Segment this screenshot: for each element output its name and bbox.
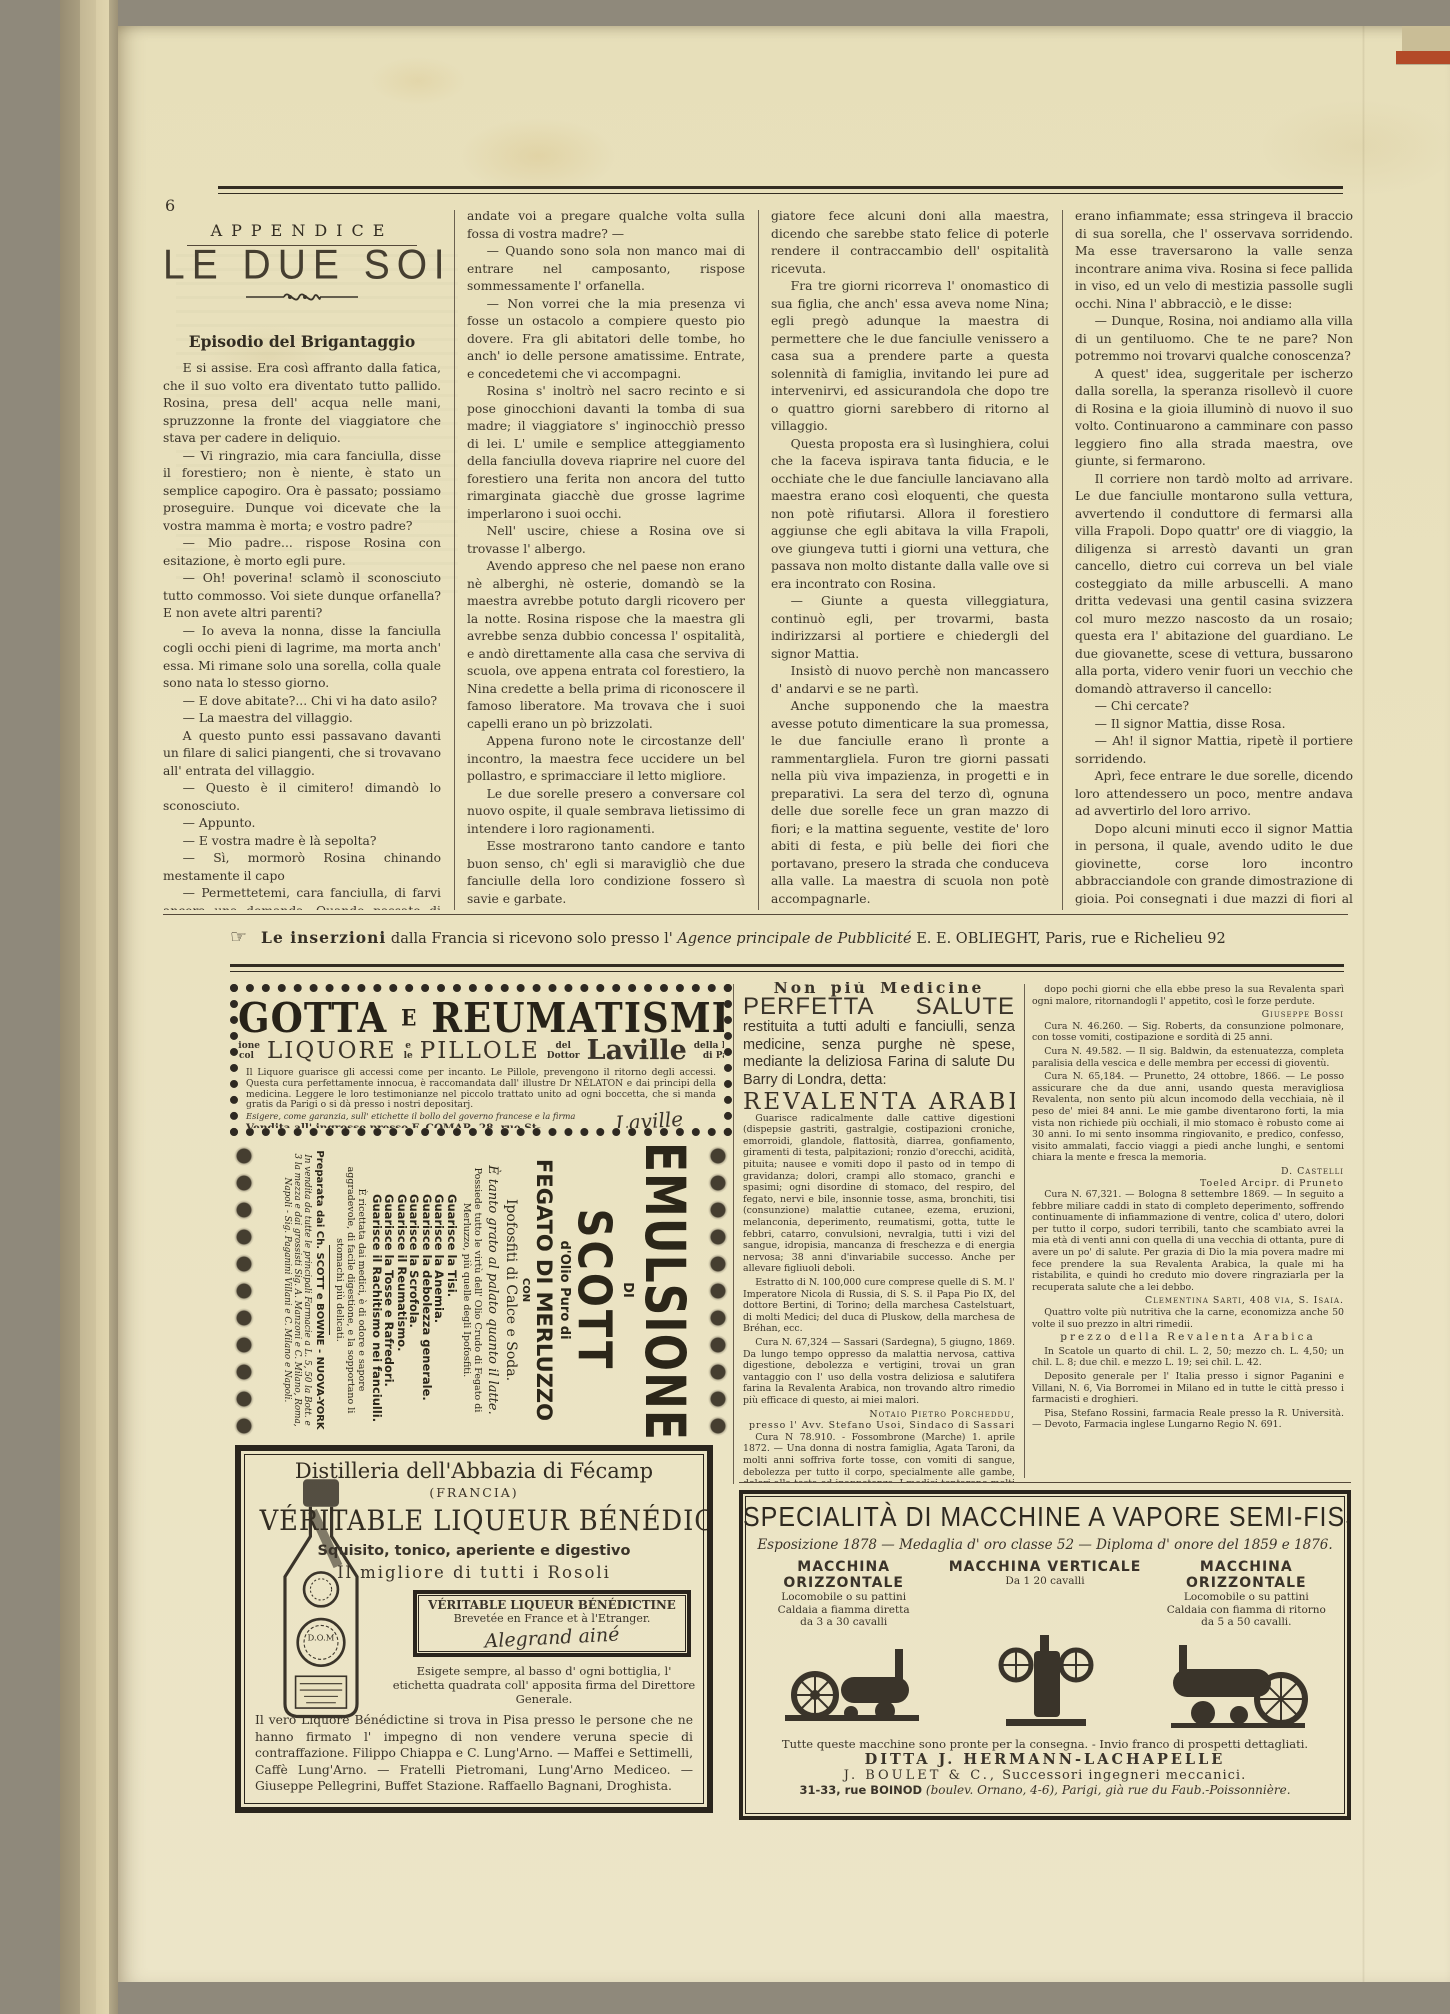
gotta-faculty: della Facoltàdi Parigi. bbox=[694, 1041, 732, 1061]
revalenta-column-divider bbox=[1024, 984, 1025, 1478]
machines-illustrations bbox=[743, 1631, 1347, 1735]
revalenta-sig-sarti: Clementina Sarti, 408 via, S. Isaia. bbox=[1032, 1295, 1344, 1307]
horizontal-engine-icon bbox=[772, 1635, 932, 1735]
story-text-col2: andate voi a pregare qualche volta sulla… bbox=[467, 208, 745, 910]
revalenta-lead: PERFETTA SALUTE restituita a tutti adult… bbox=[743, 998, 1015, 1090]
gotta-body-text: Il Liquore guarisce gli accessi come per… bbox=[238, 1066, 724, 1111]
top-double-rule bbox=[218, 186, 1343, 194]
svg-text:D.O.M: D.O.M bbox=[308, 1632, 335, 1642]
story-paragraph: — Appunto. bbox=[163, 815, 441, 833]
vertical-engine-icon bbox=[990, 1631, 1100, 1735]
page-curl-shadow bbox=[109, 0, 118, 2014]
revalenta-right-text1: dopo pochi giorni che ella ebbe preso la… bbox=[1032, 984, 1344, 1007]
gotta-footer-left: Esigere, come garanzia, sull' etichette … bbox=[246, 1112, 576, 1136]
machines-footer-consegna: Tutte queste macchine sono pronte per la… bbox=[743, 1737, 1347, 1751]
gotta-cert: Guarigionecerta col bbox=[230, 1041, 260, 1061]
ad-laville-gotta-reumatismi: GOTTA E REUMATISMI Guarigionecerta col L… bbox=[230, 984, 732, 1136]
gotta-ele: ele bbox=[404, 1041, 413, 1061]
column-divider bbox=[758, 210, 759, 910]
machines-columns: MACCHINA ORIZZONTALE Locomobile o su pat… bbox=[743, 1559, 1347, 1629]
insertion-notice: ☞Le inserzioni dalla Francia si ricevono… bbox=[230, 926, 1342, 948]
machine-desc-line: Locomobile o su pattini bbox=[743, 1591, 944, 1604]
machine-desc-line: Da 1 20 cavalli bbox=[944, 1575, 1145, 1588]
story-column-3: giatore fece alcuni doni alla maestra, d… bbox=[771, 208, 1049, 910]
red-edge-mark bbox=[1396, 51, 1450, 64]
notice-agency: Agence principale de Pubblicité bbox=[677, 931, 911, 947]
story-paragraph: Il corriere non tardò molto ad arrivare.… bbox=[1075, 471, 1353, 699]
story-paragraph: Avendo appreso che nel paese non erano n… bbox=[467, 558, 745, 733]
ornament-flourish bbox=[242, 287, 362, 307]
ad-paragraph: Pisa, Stefano Rossini, farmacia Reale pr… bbox=[1032, 1408, 1344, 1431]
story-paragraph: — Il signor Mattia, disse Rosa. bbox=[1075, 716, 1353, 734]
machines-subtitle: Esposizione 1878 — Medaglia d' oro class… bbox=[743, 1537, 1347, 1553]
revalenta-left-text2: Cura N 78.910. - Fossombrone (Marche) 1.… bbox=[743, 1432, 1015, 1482]
scott-fegato: FEGATO DI MERLUZZO bbox=[532, 1142, 556, 1438]
machines-address: 31-33, rue BOINOD (boulev. Ornano, 4-6),… bbox=[743, 1783, 1347, 1797]
revalenta-sig-bossi: Giuseppe Bossi bbox=[1032, 1009, 1344, 1021]
machine-column-horizontal-2: MACCHINA ORIZZONTALE Locomobile o su pat… bbox=[1146, 1559, 1347, 1629]
story-paragraph: Aprì, fece entrare le due sorelle, dicen… bbox=[1075, 768, 1353, 821]
story-paragraph: Esse mostrarono tanto candore e tanto bu… bbox=[467, 838, 745, 908]
section-heading: APPENDICE bbox=[163, 208, 441, 240]
story-text-col3: giatore fece alcuni doni alla maestra, d… bbox=[771, 208, 1049, 910]
scanned-newspaper-page: { "masthead": { "page_number": "6", "sec… bbox=[0, 0, 1450, 2014]
machines-boulet: J. BOULET & C., Successori ingegneri mec… bbox=[743, 1768, 1347, 1783]
machine-desc-line: da 3 a 30 cavalli bbox=[743, 1616, 944, 1629]
story-paragraph: erano infiammate; essa stringeva il brac… bbox=[1075, 208, 1353, 313]
page-stack-edge-inner bbox=[96, 0, 109, 2014]
story-paragraph: — Io aveva la nonna, disse la fanciulla … bbox=[163, 623, 441, 693]
ad-paragraph: dopo pochi giorni che ella ebbe preso la… bbox=[1032, 984, 1344, 1007]
scott-ipofosfiti: Ipofosfiti di Calce e Soda. bbox=[503, 1142, 519, 1438]
story-paragraph: Questa proposta era sì lusinghiera, colu… bbox=[771, 436, 1049, 594]
story-column-2: andate voi a pregare qualche volta sulla… bbox=[467, 208, 745, 910]
scott-name: SCOTT bbox=[567, 1142, 620, 1438]
guarisce-line: Guarisce la Tisi. bbox=[446, 1194, 459, 1438]
scott-rule bbox=[330, 1245, 331, 1335]
revalenta-sig-castelli2: Toeled Arcipr. di Pruneto bbox=[1032, 1178, 1344, 1190]
scott-ricettata: È ricettata dai medici, è di odore e sap… bbox=[335, 1156, 368, 1424]
locomobile-engine-icon bbox=[1158, 1635, 1318, 1735]
story-paragraph: Le due sorelle presero a conversare col … bbox=[467, 786, 745, 839]
newspaper-page: 6 APPENDICE LE DUE SORELLE Episodio del … bbox=[118, 26, 1450, 1982]
gotta-title: GOTTA E REUMATISMI bbox=[238, 993, 724, 1042]
story-paragraph: Nell' uscire, chiese a Rosina ove si tro… bbox=[467, 523, 745, 558]
benedictine-esigete: Esigete sempre, al basso d' ogni bottigl… bbox=[391, 1664, 697, 1706]
story-paragraph: — Mio padre... rispose Rosina con esitaz… bbox=[163, 535, 441, 570]
feuilleton-header: APPENDICE LE DUE SORELLE Episodio del Br… bbox=[163, 208, 441, 350]
machine-desc-line: Caldaia a fiamma diretta bbox=[743, 1604, 944, 1617]
gotta-esigere: Esigere, come garanzia, sull' etichette … bbox=[246, 1112, 576, 1122]
story-paragraph: andate voi a pregare qualche volta sulla… bbox=[467, 208, 745, 243]
story-paragraph: giatore fece alcuni doni alla maestra, d… bbox=[771, 208, 1049, 278]
ad-revalenta-right-column: dopo pochi giorni che ella ebbe preso la… bbox=[1032, 984, 1344, 1480]
notice-tail: E. E. OBLIEGHT, Paris, rue e Richelieu 9… bbox=[912, 931, 1226, 947]
story-paragraph: — Vi ringrazio, mia cara fanciulla, diss… bbox=[163, 448, 441, 536]
ad-paragraph: Cura N 78.910. - Fossombrone (Marche) 1.… bbox=[743, 1432, 1015, 1482]
ad-paragraph: Guarisce radicalmente dalle cattive dige… bbox=[743, 1113, 1015, 1275]
column-divider bbox=[454, 210, 455, 910]
story-paragraph: Anche supponendo che la maestra avesse p… bbox=[771, 698, 1049, 908]
story-bottom-rule bbox=[163, 914, 1348, 915]
benedictine-title: VÉRITABLE LIQUEUR BÉNÉDICTINE bbox=[260, 1504, 689, 1537]
ad-benedictine: D.O.M Distilleria dell'Abbazia di Fécamp… bbox=[235, 1445, 713, 1813]
story-paragraph: — Giunte a questa villeggiatura, continu… bbox=[771, 593, 1049, 663]
banner-double-rule bbox=[230, 964, 1344, 972]
ad-revalenta-left-column: Non più Medicine PERFETTA SALUTE restitu… bbox=[743, 982, 1015, 1482]
ad-paragraph: Quattro volte più nutritiva che la carne… bbox=[1032, 1307, 1344, 1330]
revalenta-bottom-rule bbox=[739, 1482, 1351, 1483]
revalenta-right-text3: Cura N. 67,321. — Bologna 8 settembre 18… bbox=[1032, 1189, 1344, 1293]
ad-paragraph: Cura N. 67,324 — Sassari (Sardegna), 5 g… bbox=[743, 1337, 1015, 1407]
scott-vendita: In vendita da tutte le principali Farmac… bbox=[281, 1152, 312, 1428]
benedictine-signature: Alegrand ainé bbox=[421, 1620, 684, 1656]
scott-emulsione: EMULSIONE bbox=[632, 1142, 696, 1438]
revalenta-price-heading: prezzo della Revalenta Arabica bbox=[1032, 1332, 1344, 1344]
revalenta-sig-castelli: D. Castelli bbox=[1032, 1166, 1344, 1178]
ad-paragraph: Cura N. 67,321. — Bologna 8 settembre 18… bbox=[1032, 1189, 1344, 1293]
label-box-title: VÉRITABLE LIQUEUR BÉNÉDICTINE bbox=[421, 1598, 683, 1612]
scott-possiede: Possiede tutto le virtù dell' Olio Crudo… bbox=[461, 1156, 483, 1424]
column-divider bbox=[1062, 210, 1063, 910]
machine-desc-line: da 5 a 50 cavalli. bbox=[1146, 1616, 1347, 1629]
story-paragraph: Insistò di nuovo perchè non mancassero d… bbox=[771, 663, 1049, 698]
story-paragraph: Il dì seguente, prima di partire, il via… bbox=[467, 908, 745, 910]
revalenta-left-text: Guarisce radicalmente dalle cattive dige… bbox=[743, 1113, 1015, 1407]
revalenta-sig-porcheddu2: presso l' Avv. Stefano Usoi, Sindaco di … bbox=[743, 1420, 1015, 1432]
story-paragraph: — Non vorrei che la mia presenza vi foss… bbox=[467, 296, 745, 384]
story-paragraph: — Questo è il cimitero! dimandò lo scono… bbox=[163, 780, 441, 815]
story-paragraph: — E vostra madre è là sepolta? bbox=[163, 833, 441, 851]
guarisce-line: Guarisce la Tosse e Rafredori. bbox=[383, 1194, 396, 1438]
scott-preparata: Preparata dai Ch. SCOTT e BOWNE - NUOVA-… bbox=[315, 1142, 326, 1438]
story-paragraph: Dopo alcuni minuti ecco il signor Mattia… bbox=[1075, 821, 1353, 911]
machine-name: MACCHINA ORIZZONTALE bbox=[1146, 1559, 1347, 1591]
perfetta-salute: PERFETTA SALUTE bbox=[743, 993, 1015, 1020]
pointing-hand-icon: ☞ bbox=[230, 926, 247, 948]
scott-rotated-content: EMULSIONE DI SCOTT d'Olio Puro di FEGATO… bbox=[266, 1142, 696, 1438]
scott-con: CON bbox=[520, 1142, 531, 1438]
ad-paragraph: Estratto di N. 100,000 cure comprese que… bbox=[743, 1277, 1015, 1335]
gotta-footer: Esigere, come garanzia, sull' etichette … bbox=[238, 1111, 724, 1136]
story-paragraph: — Chi cercate? bbox=[1075, 698, 1353, 716]
guarisce-line: Guarisce il Rachitismo nei fanciulli. bbox=[371, 1194, 384, 1438]
machines-company: DITTA J. HERMANN-LACHAPELLE bbox=[743, 1751, 1347, 1768]
machine-desc: Locomobile o su pattiniCaldaia a fiamma … bbox=[743, 1591, 944, 1629]
story-paragraph: — Oh! poverina! sclamò il sconosciuto tu… bbox=[163, 570, 441, 623]
revalenta-sig-porcheddu: Notaio Pietro Porcheddu, bbox=[743, 1409, 1015, 1421]
revalenta-right-text5: In Scatole un quarto di chil. L. 2, 50; … bbox=[1032, 1346, 1344, 1431]
story-paragraph: — Ah! il signor Mattia, ripetè il portie… bbox=[1075, 733, 1353, 768]
ad-paragraph: In Scatole un quarto di chil. L. 2, 50; … bbox=[1032, 1346, 1344, 1369]
story-paragraph: — Quando sono sola non manco mai di entr… bbox=[467, 243, 745, 296]
story-paragraph: — Dunque, Rosina, noi andiamo alla villa… bbox=[1075, 313, 1353, 366]
story-paragraph: — Permettetemi, cara fanciulla, di farvi… bbox=[163, 885, 441, 910]
story-paragraph: A quest' idea, suggeritale per ischerzo … bbox=[1075, 366, 1353, 471]
story-paragraph: Rosina s' inoltrò nel sacro recinto e si… bbox=[467, 383, 745, 523]
revalenta-right-text2: Cura N. 46.260. — Sig. Roberts, da consu… bbox=[1032, 1021, 1344, 1164]
benedictine-label-box: VÉRITABLE LIQUEUR BÉNÉDICTINE Brevetée e… bbox=[413, 1590, 691, 1657]
scallop-border-right bbox=[704, 1142, 732, 1438]
machines-title: SPECIALITÀ DI MACCHINE A VAPORE SEMI-FIS… bbox=[743, 1502, 1347, 1534]
story-paragraph: A questo punto essi passavano davanti un… bbox=[163, 728, 441, 781]
book-cover-edge bbox=[60, 0, 80, 2014]
story-paragraph: Fra tre giorni ricorreva l' onomastico d… bbox=[771, 278, 1049, 436]
machine-name: MACCHINA ORIZZONTALE bbox=[743, 1559, 944, 1591]
scallop-border-left bbox=[230, 1142, 258, 1438]
story-text-col4: erano infiammate; essa stringeva il brac… bbox=[1075, 208, 1353, 910]
scott-tagline: È tanto grato al palato quanto il latte. bbox=[485, 1142, 500, 1438]
machine-column-vertical: MACCHINA VERTICALE Da 1 20 cavalli bbox=[944, 1559, 1145, 1629]
page-fold-line bbox=[1362, 26, 1365, 1982]
machine-desc: Locomobile o su pattiniCaldaia con fiamm… bbox=[1146, 1591, 1347, 1629]
gotta-vendita: Vendita all' ingrosso presso F. COMAR, 2… bbox=[246, 1122, 576, 1136]
guarisce-line: Guarisce la debolezza generale. bbox=[421, 1194, 434, 1438]
ad-section-divider bbox=[733, 984, 734, 1484]
ad-emulsione-scott: EMULSIONE DI SCOTT d'Olio Puro di FEGATO… bbox=[230, 1142, 732, 1438]
story-paragraph: — La maestra del villaggio. bbox=[163, 710, 441, 728]
story-column-4: erano infiammate; essa stringeva il brac… bbox=[1075, 208, 1353, 910]
notice-lead: Le inserzioni bbox=[261, 928, 386, 947]
revalenta-right-text4: Quattro volte più nutritiva che la carne… bbox=[1032, 1307, 1344, 1330]
story-paragraph: Man mano che si avvicinavano al luogo ov… bbox=[771, 908, 1049, 910]
machine-desc-line: Caldaia con fiamma di ritorno bbox=[1146, 1604, 1347, 1617]
gotta-del: delDottor bbox=[547, 1041, 580, 1061]
notice-mid: dalla Francia si ricevono solo presso l' bbox=[386, 931, 677, 947]
machine-desc: Da 1 20 cavalli bbox=[944, 1575, 1145, 1588]
corner-stain bbox=[1402, 26, 1450, 52]
guarisce-line: Guarisce la Scrofola. bbox=[408, 1194, 421, 1438]
story-paragraph: — Sì, mormorò Rosina chinando mestamente… bbox=[163, 850, 441, 885]
episode-subtitle: Episodio del Brigantaggio bbox=[163, 333, 441, 351]
ad-paragraph: Deposito generale per l' Italia presso i… bbox=[1032, 1371, 1344, 1406]
machine-name: MACCHINA VERTICALE bbox=[944, 1559, 1145, 1575]
guarisce-line: Guarisce la Anemia. bbox=[433, 1194, 446, 1438]
revalenta-title: REVALENTA ARABICA bbox=[743, 1097, 1015, 1109]
machine-column-horizontal-1: MACCHINA ORIZZONTALE Locomobile o su pat… bbox=[743, 1559, 944, 1629]
guarisce-line: Guarisce il Reumatismo. bbox=[396, 1194, 409, 1438]
story-paragraph: E si assise. Era così affranto dalla fat… bbox=[163, 360, 441, 448]
story-column-1: APPENDICE LE DUE SORELLE Episodio del Br… bbox=[163, 208, 441, 910]
ad-paragraph: Cura N. 49.582. — Il sig. Baldwin, da es… bbox=[1032, 1046, 1344, 1069]
ad-steam-machines: SPECIALITÀ DI MACCHINE A VAPORE SEMI-FIS… bbox=[739, 1490, 1351, 1820]
ad-paragraph: Cura N. 65,184. — Prunetto, 24 ottobre, … bbox=[1032, 1071, 1344, 1164]
laville-signature: LavilleD. M. P. bbox=[583, 1108, 717, 1136]
ad-paragraph: Cura N. 46.260. — Sig. Roberts, da consu… bbox=[1032, 1021, 1344, 1044]
story-text-col1: E si assise. Era così affranto dalla fat… bbox=[163, 360, 441, 910]
machine-desc-line: Locomobile o su pattini bbox=[1146, 1591, 1347, 1604]
story-paragraph: Appena furono note le circostanze dell' … bbox=[467, 733, 745, 786]
story-title: LE DUE SORELLE bbox=[163, 256, 441, 275]
scott-guarisce-list: Guarisce la Tisi.Guarisce la Anemia.Guar… bbox=[371, 1194, 459, 1438]
page-stack-edge-outer bbox=[80, 0, 96, 2014]
story-paragraph: — E dove abitate?... Chi vi ha dato asil… bbox=[163, 693, 441, 711]
